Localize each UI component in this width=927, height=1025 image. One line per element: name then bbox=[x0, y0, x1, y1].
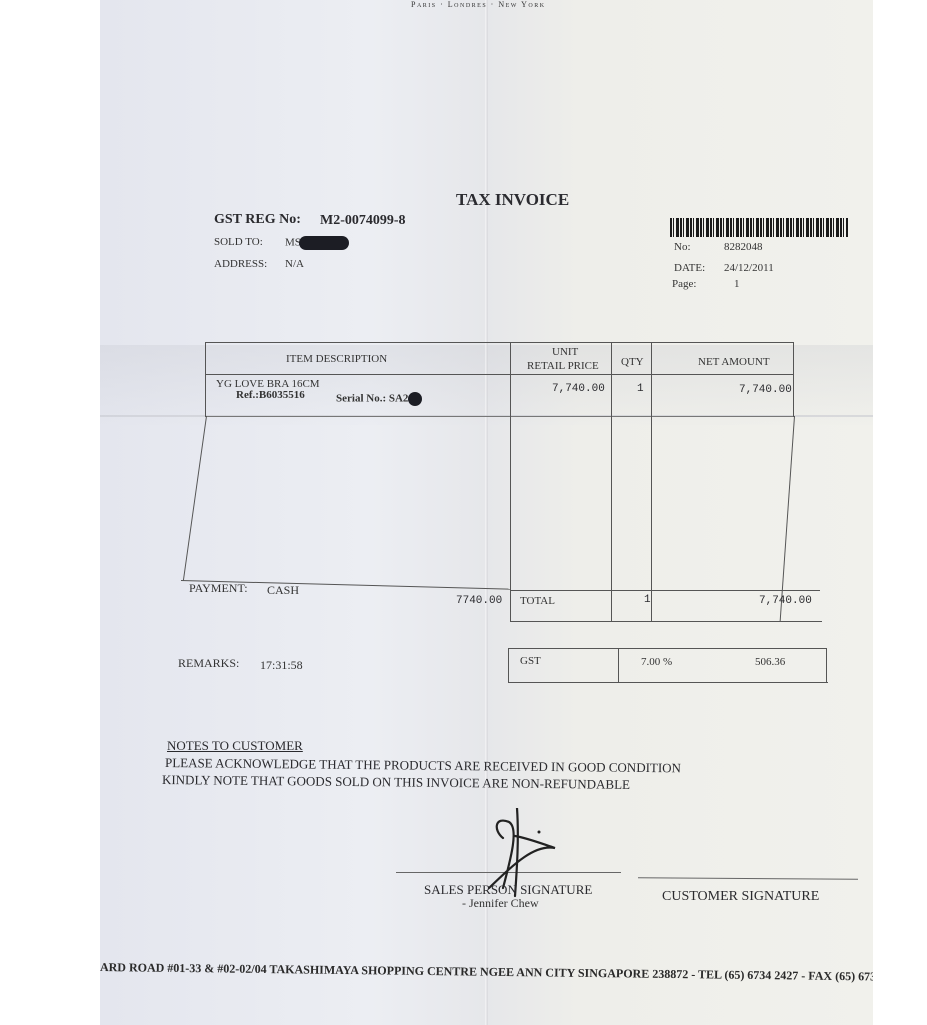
remarks-label: REMARKS: bbox=[178, 656, 239, 671]
item-unit-price: 7,740.00 bbox=[552, 383, 605, 395]
address-value: N/A bbox=[285, 258, 304, 270]
page-label: Page: bbox=[672, 278, 696, 290]
total-qty: 1 bbox=[644, 594, 651, 606]
barcode bbox=[670, 218, 848, 237]
col-header-retail-price: RETAIL PRICE bbox=[527, 360, 599, 372]
invoice-paper: Paris · Londres · New York TAX INVOICE G… bbox=[100, 0, 873, 1025]
item-serial-text: Serial No.: SA2 bbox=[336, 393, 408, 405]
item-ref: Ref.:B6035516 bbox=[236, 389, 305, 401]
gst-amount: 506.36 bbox=[755, 656, 785, 668]
customer-signature-label: CUSTOMER SIGNATURE bbox=[662, 889, 819, 905]
date-label: DATE: bbox=[674, 262, 705, 274]
page-value: 1 bbox=[734, 278, 740, 290]
col-header-net-amount: NET AMOUNT bbox=[698, 356, 770, 368]
col-header-qty: QTY bbox=[621, 356, 644, 368]
address-label: ADDRESS: bbox=[214, 258, 267, 270]
document-title: TAX INVOICE bbox=[456, 190, 569, 210]
total-label: TOTAL bbox=[520, 595, 555, 607]
brand-cities: Paris · Londres · New York bbox=[411, 0, 546, 9]
col-header-unit: UNIT bbox=[552, 346, 578, 358]
redaction-mark bbox=[408, 392, 422, 406]
date-value: 24/12/2011 bbox=[724, 262, 774, 274]
payment-value: CASH bbox=[267, 583, 299, 598]
sales-person-name: - Jennifer Chew bbox=[462, 896, 539, 911]
gst-reg-value: M2-0074099-8 bbox=[320, 213, 406, 229]
payment-label: PAYMENT: bbox=[189, 581, 248, 596]
total-amount: 7,740.00 bbox=[759, 595, 812, 607]
gst-rate: 7.00 % bbox=[641, 656, 672, 668]
col-header-description: ITEM DESCRIPTION bbox=[286, 353, 387, 365]
notes-heading: NOTES TO CUSTOMER bbox=[167, 738, 303, 754]
invoice-no-label: No: bbox=[674, 241, 691, 253]
sold-to-label: SOLD TO: bbox=[214, 236, 263, 248]
subtotal-value: 7740.00 bbox=[456, 595, 502, 607]
sold-to-value: MS bbox=[285, 236, 349, 250]
invoice-no-value: 8282048 bbox=[724, 241, 763, 253]
gst-label: GST bbox=[520, 655, 541, 667]
item-serial: Serial No.: SA2 bbox=[336, 392, 422, 406]
gst-reg-label: GST REG No: bbox=[214, 212, 301, 228]
remarks-value: 17:31:58 bbox=[260, 658, 303, 673]
redaction-mark bbox=[299, 236, 349, 250]
item-qty: 1 bbox=[637, 383, 644, 395]
item-net-amount: 7,740.00 bbox=[739, 384, 792, 396]
